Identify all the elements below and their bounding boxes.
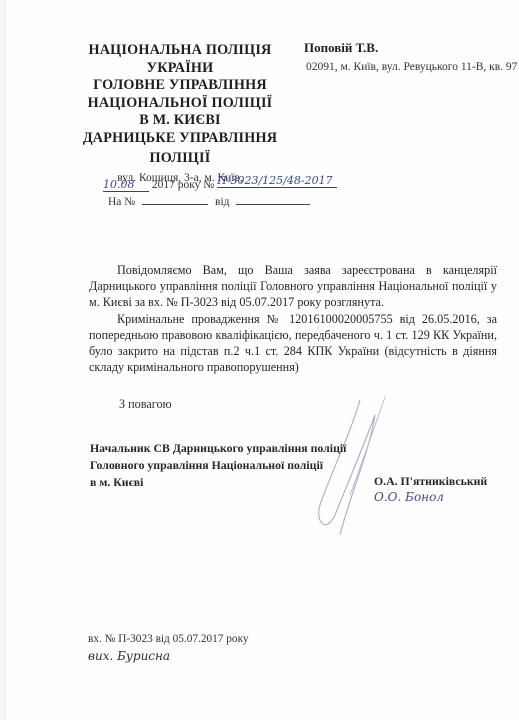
signatory-title: Начальник СВ Дарницького управління полі…: [90, 440, 346, 491]
vid-label: від: [215, 196, 229, 208]
recipient-address: 02091, м. Київ, вул. Ревуцького 11-В, кв…: [306, 61, 517, 73]
year-label: 2017 року №: [152, 179, 214, 191]
signatory-title-line: в м. Києві: [90, 474, 346, 491]
letter-body: Повідомляємо Вам, що Ваша заява зареєстр…: [89, 262, 497, 375]
org-line: ДАРНИЦЬКЕ УПРАВЛІННЯ: [80, 130, 280, 148]
reference-line: На № від: [108, 196, 310, 208]
handwritten-date: 10.08: [103, 178, 149, 192]
signatory-name: О.А. П'ятниківський: [374, 474, 487, 489]
reference-number-blank: [142, 204, 208, 205]
org-line: ГОЛОВНЕ УПРАВЛІННЯ: [80, 77, 280, 95]
organization-header: НАЦІОНАЛЬНА ПОЛІЦІЯ УКРАЇНИ ГОЛОВНЕ УПРА…: [80, 42, 280, 184]
incoming-reference: вх. № П-3023 від 05.07.2017 року: [88, 633, 249, 645]
handwritten-signatory-note: О.О. Бонол: [374, 490, 444, 504]
handwritten-footer-note: вих. Бурисна: [88, 649, 170, 663]
scan-edge: [0, 0, 6, 720]
org-line: УКРАЇНИ: [80, 60, 280, 78]
body-paragraph: Кримінальне провадження № 12016100020005…: [89, 311, 497, 376]
outgoing-number-line: 10.08 2017 року № П-3023/125/48-2017: [103, 174, 337, 192]
greeting: З повагою: [119, 397, 172, 412]
org-line: НАЦІОНАЛЬНОЇ ПОЛІЦІЇ: [80, 95, 280, 113]
reference-date-blank: [236, 204, 310, 205]
na-label: На №: [108, 196, 135, 208]
scanned-letter-page: НАЦІОНАЛЬНА ПОЛІЦІЯ УКРАЇНИ ГОЛОВНЕ УПРА…: [0, 0, 519, 720]
body-paragraph: Повідомляємо Вам, що Ваша заява зареєстр…: [89, 262, 497, 311]
org-line: В М. КИЄВІ: [80, 112, 280, 130]
recipient-name: Поповій Т.В.: [304, 40, 517, 56]
handwritten-outgoing-number: П-3023/125/48-2017: [217, 174, 337, 188]
org-line: ПОЛІЦІЇ: [80, 150, 280, 168]
recipient-block: Поповій Т.В. 02091, м. Київ, вул. Ревуць…: [304, 40, 517, 73]
signatory-title-line: Головного управління Національної поліці…: [90, 457, 346, 474]
signatory-title-line: Начальник СВ Дарницького управління полі…: [90, 440, 346, 457]
org-line: НАЦІОНАЛЬНА ПОЛІЦІЯ: [80, 42, 280, 60]
